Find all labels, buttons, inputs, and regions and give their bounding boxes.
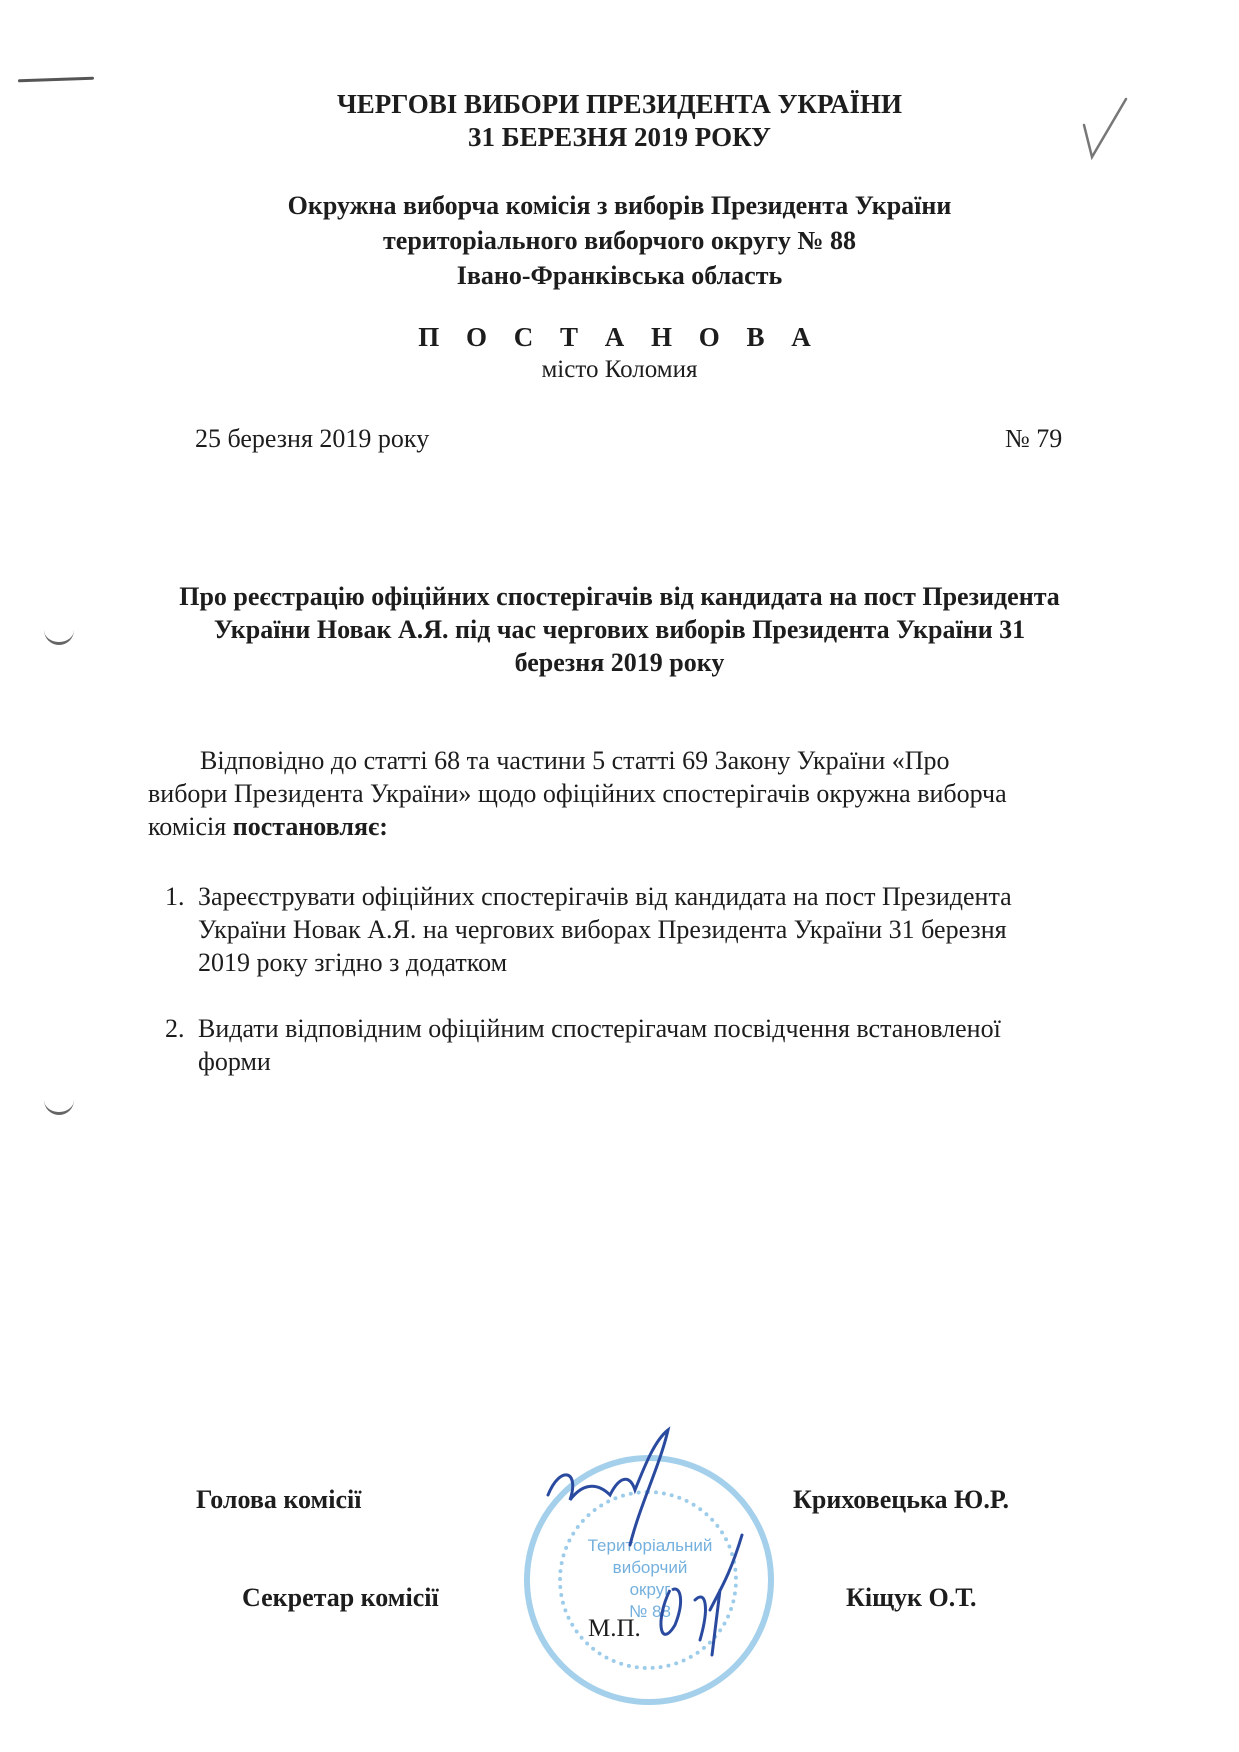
item-line: Зареєструвати офіційних спостерігачів ві… bbox=[198, 880, 1125, 913]
resolution-item: 2. Видати відповідним офіційним спостері… bbox=[165, 1012, 1125, 1078]
secretary-name: Кіщук О.Т. bbox=[846, 1583, 976, 1613]
commission-heading: Окружна виборча комісія з виборів Презид… bbox=[0, 188, 1239, 293]
document-number: № 79 bbox=[1005, 422, 1062, 455]
resolution-item: 1. Зареєструвати офіційних спостерігачів… bbox=[165, 880, 1125, 979]
resolves-keyword: постановляє: bbox=[233, 812, 388, 841]
item-line: форми bbox=[198, 1045, 1125, 1078]
election-header: ЧЕРГОВІ ВИБОРИ ПРЕЗИДЕНТА УКРАЇНИ 31 БЕР… bbox=[0, 88, 1239, 154]
punch-hole-mark bbox=[44, 1100, 74, 1115]
resolution-title: Про реєстрацію офіційних спостерігачів в… bbox=[0, 580, 1239, 679]
secretary-label: Секретар комісії bbox=[242, 1583, 439, 1613]
document-date: 25 березня 2019 року bbox=[195, 422, 429, 455]
preamble: Відповідно до статті 68 та частини 5 ста… bbox=[148, 744, 1108, 843]
header-line-2: 31 БЕРЕЗНЯ 2019 РОКУ bbox=[0, 121, 1239, 154]
header-line-1: ЧЕРГОВІ ВИБОРИ ПРЕЗИДЕНТА УКРАЇНИ bbox=[0, 88, 1239, 121]
city: місто Коломия bbox=[0, 356, 1239, 384]
preamble-line-1: Відповідно до статті 68 та частини 5 ста… bbox=[148, 744, 1108, 777]
chair-label: Голова комісії bbox=[196, 1485, 361, 1515]
title-line-2: України Новак А.Я. під час чергових вибо… bbox=[0, 613, 1239, 646]
seal-place-label: М.П. bbox=[588, 1615, 641, 1643]
item-line: 2019 року згідно з додатком bbox=[198, 946, 1125, 979]
chair-name: Криховецька Ю.Р. bbox=[793, 1485, 1009, 1515]
preamble-line-3: комісія постановляє: bbox=[148, 810, 1108, 843]
commission-line-3: Івано-Франківська область bbox=[0, 258, 1239, 293]
item-number: 1. bbox=[165, 880, 185, 913]
preamble-line-2: вибори Президента України» щодо офіційни… bbox=[148, 777, 1108, 810]
item-line: України Новак А.Я. на чергових виборах П… bbox=[198, 913, 1125, 946]
title-line-1: Про реєстрацію офіційних спостерігачів в… bbox=[0, 580, 1239, 613]
commission-line-1: Окружна виборча комісія з виборів Презид… bbox=[0, 188, 1239, 223]
margin-mark bbox=[18, 77, 94, 83]
commission-line-2: територіального виборчого округу № 88 bbox=[0, 223, 1239, 258]
secretary-signature bbox=[650, 1530, 750, 1660]
document-type: П О С Т А Н О В А bbox=[0, 322, 1239, 353]
title-line-3: березня 2019 року bbox=[0, 646, 1239, 679]
item-number: 2. bbox=[165, 1012, 185, 1045]
item-line: Видати відповідним офіційним спостерігач… bbox=[198, 1012, 1125, 1045]
